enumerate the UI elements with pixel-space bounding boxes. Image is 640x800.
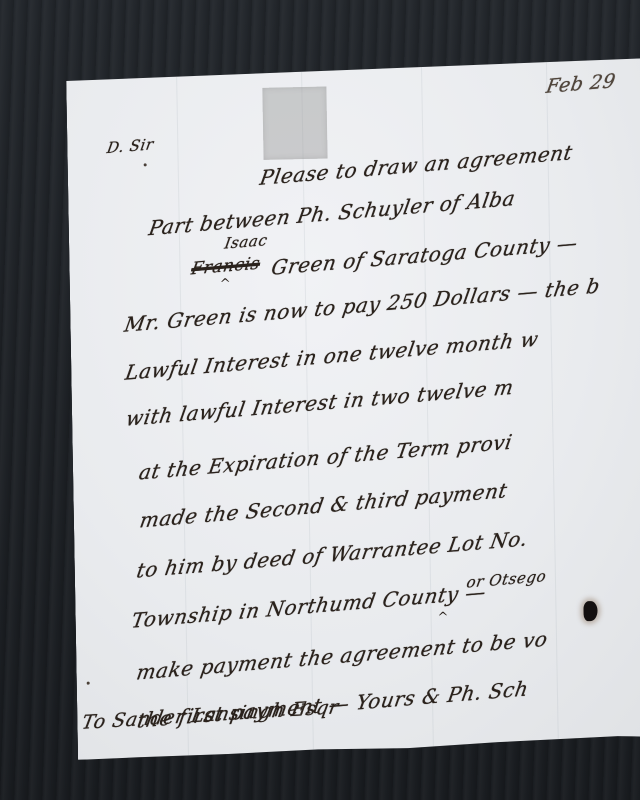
struck-word: Francis	[190, 253, 262, 279]
insertion-isaac: Isaac	[223, 231, 269, 253]
letter-line-5: Lawful Interest in one twelve month w	[124, 327, 541, 385]
letter-line-11: make payment the agreement to be vo	[135, 627, 550, 685]
letter-line-8: made the Second & third payment	[138, 478, 509, 533]
letter-line-7: at the Expiration of the Term provi	[137, 430, 514, 485]
letter-sheet: Feb 29 D. Sir Please to draw an agreemen…	[66, 57, 640, 759]
ink-speck	[144, 163, 147, 166]
ink-speck	[87, 682, 90, 685]
letter-salutation: D. Sir	[106, 135, 156, 157]
letter-line-6: with lawful Interest in two twelve m	[124, 375, 515, 431]
letter-line-10: Township in Northumd County —	[130, 579, 488, 633]
tape-patch	[262, 87, 327, 160]
letter-date: Feb 29	[545, 70, 618, 98]
ink-blot	[583, 601, 597, 621]
insertion-caret: ^	[437, 610, 448, 625]
insertion-caret: ^	[220, 277, 231, 292]
letter-line-2: Part between Ph. Schuyler of Alba	[147, 186, 517, 241]
